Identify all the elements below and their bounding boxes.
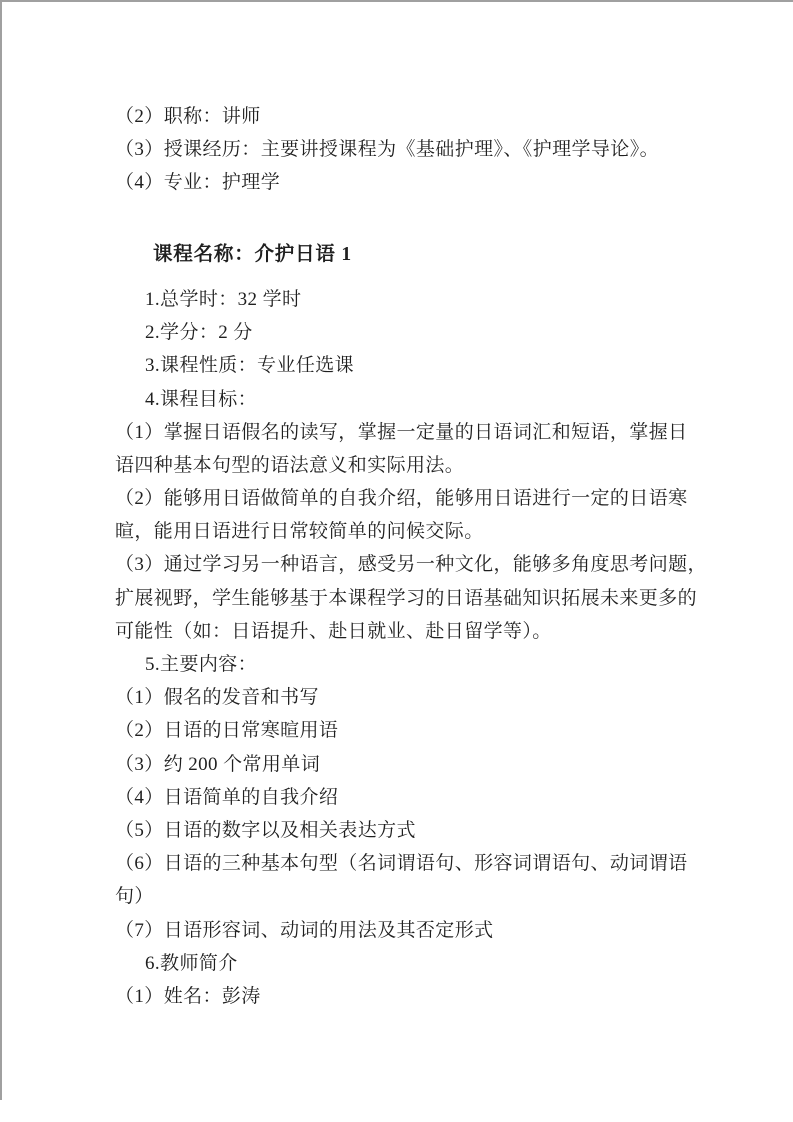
paragraph-line: （4）日语简单的自我介绍 <box>115 781 703 814</box>
page-sheet: （2）职称：讲师（3）授课经历：主要讲授课程为《基础护理》、《护理学导论》。（4… <box>0 0 793 1100</box>
numbered-item-line: 2.学分：2 分 <box>115 316 703 349</box>
numbered-item-line: 4.课程目标： <box>115 383 703 416</box>
paragraph-line: （2）日语的日常寒暄用语 <box>115 714 703 747</box>
numbered-item-line: 3.课程性质：专业任选课 <box>115 349 703 382</box>
paragraph-line: （2）职称：讲师 <box>115 100 703 133</box>
course-title-heading: 课程名称：介护日语 1 <box>115 238 703 271</box>
paragraph-line: 扩展视野，学生能够基于本课程学习的日语基础知识拓展未来更多的 <box>115 582 703 615</box>
numbered-item-line: 5.主要内容： <box>115 648 703 681</box>
numbered-item-line: 6.教师简介 <box>115 947 703 980</box>
document-content: （2）职称：讲师（3）授课经历：主要讲授课程为《基础护理》、《护理学导论》。（4… <box>2 2 793 1013</box>
blank-line <box>115 200 703 233</box>
paragraph-line: （5）日语的数字以及相关表达方式 <box>115 814 703 847</box>
paragraph-line: （1）假名的发音和书写 <box>115 681 703 714</box>
paragraph-line: 可能性（如：日语提升、赴日就业、赴日留学等）。 <box>115 615 703 648</box>
paragraph-line: （3）约 200 个常用单词 <box>115 748 703 781</box>
paragraph-line: 句） <box>115 880 703 913</box>
document-page: （2）职称：讲师（3）授课经历：主要讲授课程为《基础护理》、《护理学导论》。（4… <box>0 0 793 1122</box>
paragraph-line: （3）授课经历：主要讲授课程为《基础护理》、《护理学导论》。 <box>115 133 703 166</box>
paragraph-line: 语四种基本句型的语法意义和实际用法。 <box>115 449 703 482</box>
paragraph-line: 暄，能用日语进行日常较简单的问候交际。 <box>115 515 703 548</box>
paragraph-line: （2）能够用日语做简单的自我介绍，能够用日语进行一定的日语寒 <box>115 482 703 515</box>
paragraph-line: （1）掌握日语假名的读写，掌握一定量的日语词汇和短语，掌握日 <box>115 416 703 449</box>
paragraph-line: （6）日语的三种基本句型（名词谓语句、形容词谓语句、动词谓语 <box>115 847 703 880</box>
paragraph-line: （1）姓名：彭涛 <box>115 980 703 1013</box>
paragraph-line: （7）日语形容词、动词的用法及其否定形式 <box>115 914 703 947</box>
numbered-item-line: 1.总学时：32 学时 <box>115 283 703 316</box>
paragraph-line: （3）通过学习另一种语言，感受另一种文化，能够多角度思考问题， <box>115 548 703 581</box>
paragraph-line: （4）专业：护理学 <box>115 166 703 199</box>
